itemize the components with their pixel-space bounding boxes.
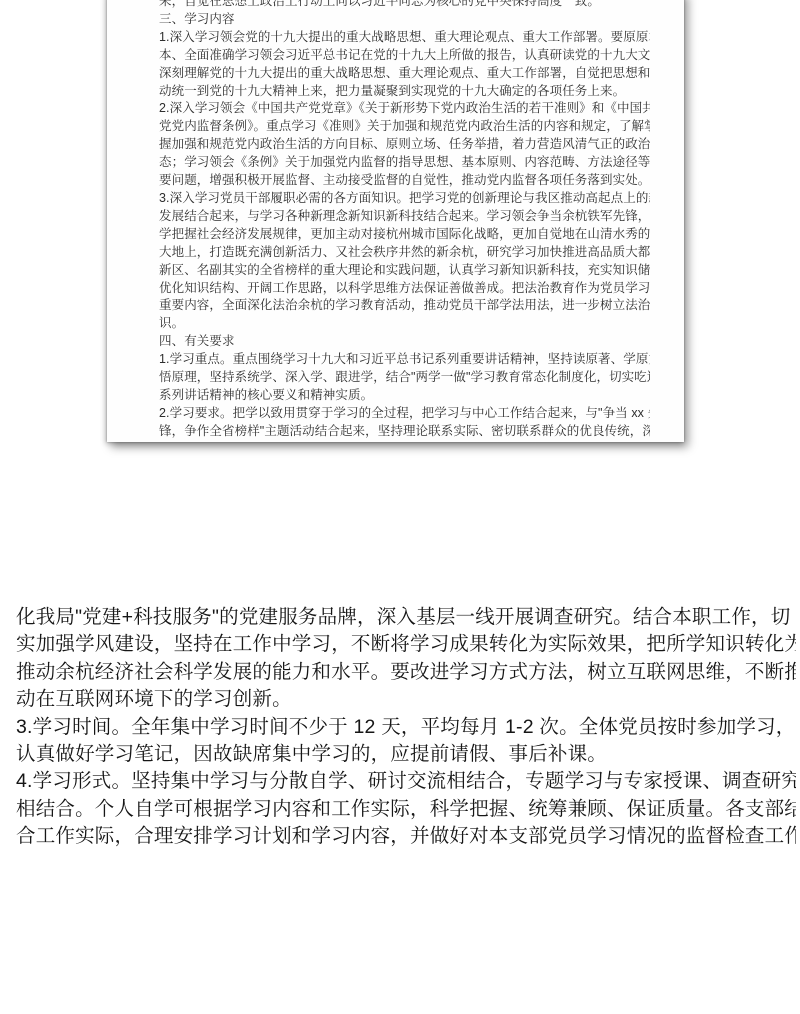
article-body-line: 实加强学风建设，坚持在工作中学习，不断将学习成果转化为实际效果，把所学知识转化为 [16, 631, 796, 658]
document-preview-line: 识。 [159, 315, 650, 333]
document-preview-line: 新区、名副其实的全省榜样的重大理论和实践问题，认真学习新知识新科技，充实知识储备… [159, 262, 650, 280]
document-preview-line: 系列讲话精神的核心要义和精神实质。 [159, 387, 650, 405]
article-body-line: 化我局"党建+科技服务"的党建服务品牌，深入基层一线开展调查研究。结合本职工作，… [16, 604, 796, 631]
article-body: 化我局"党建+科技服务"的党建服务品牌，深入基层一线开展调查研究。结合本职工作，… [16, 604, 796, 851]
document-preview-line: 1.学习重点。重点围绕学习十九大和习近平总书记系列重要讲话精神，坚持读原著、学原… [159, 351, 650, 369]
document-preview-line: 动统一到党的十九大精神上来，把力量凝聚到实现党的十九大确定的各项任务上来。 [159, 83, 650, 101]
document-preview-line: 三、学习内容 [159, 11, 650, 29]
article-body-line: 认真做好学习笔记，因故缺席集中学习的，应提前请假、事后补课。 [16, 741, 796, 768]
document-preview-line: 态；学习领会《条例》关于加强党内监督的指导思想、基本原则、内容范畴、方法途径等重 [159, 154, 650, 172]
document-preview-line: 学把握社会经济发展规律，更加主动对接杭州城市国际化战略，更加自觉地在山清水秀的 … [159, 226, 650, 244]
document-preview-line: 3.深入学习党员干部履职必需的各方面知识。把学习党的创新理论与我区推动高起点上的… [159, 190, 650, 208]
document-preview-line: 重要内容，全面深化法治余杭的学习教育活动，推动党员干部学法用法，进一步树立法治意 [159, 297, 650, 315]
article-body-line: 3.学习时间。全年集中学习时间不少于 12 天，平均每月 1-2 次。全体党员按… [16, 714, 796, 741]
document-preview-line: 悟原理，坚持系统学、深入学、跟进学，结合"两学一做"学习教育常态化制度化，切实吃… [159, 369, 650, 387]
document-preview-line: 握加强和规范党内政治生活的方向目标、原则立场、任务举措，着力营造风清气正的政治生 [159, 136, 650, 154]
document-preview-line: 发展结合起来，与学习各种新理念新知识新科技结合起来。学习领会争当余杭铁军先锋，科 [159, 208, 650, 226]
document-preview-line: 2.深入学习领会《中国共产党党章》《关于新形势下党内政治生活的若干准则》和《中国… [159, 100, 650, 118]
document-preview-line: 党党内监督条例》。重点学习《准则》关于加强和规范党内政治生活的内容和规定，了解掌 [159, 118, 650, 136]
document-preview-text: 来，自觉在思想上政治上行动上同以习近平同志为核心的党中央保持高度一致。三、学习内… [159, 0, 650, 441]
document-preview-line: 四、有关要求 [159, 333, 650, 351]
article-body-line: 动在互联网环境下的学习创新。 [16, 686, 796, 713]
document-preview-line: 要问题，增强积极开展监督、主动接受监督的自觉性，推动党内监督各项任务落到实处。 [159, 172, 650, 190]
document-preview-line: 2.学习要求。把学以致用贯穿于学习的全过程，把学习与中心工作结合起来，与"争当 … [159, 405, 650, 423]
document-preview-line: 深刻理解党的十九大提出的重大战略思想、重大理论观点、重大工作部署，自觉把思想和行 [159, 65, 650, 83]
document-preview-line: 大地上，打造既充满创新活力、又社会秩序井然的新余杭，研究学习加快推进高品质大都市 [159, 244, 650, 262]
article-body-line: 相结合。个人自学可根据学习内容和工作实际，科学把握、统筹兼顾、保证质量。各支部结 [16, 796, 796, 823]
article-page: 来，自觉在思想上政治上行动上同以习近平同志为核心的党中央保持高度一致。三、学习内… [0, 0, 800, 1014]
document-preview-line: 本、全面准确学习领会习近平总书记在党的十九大上所做的报告，认真研读党的十九大文件… [159, 47, 650, 65]
document-preview-line: 锋，争作全省榜样"主题活动结合起来，坚持理论联系实际、密切联系群众的优良传统，深 [159, 423, 650, 441]
document-preview-line: 来，自觉在思想上政治上行动上同以习近平同志为核心的党中央保持高度一致。 [159, 0, 650, 11]
article-body-line: 推动余杭经济社会科学发展的能力和水平。要改进学习方式方法，树立互联网思维，不断推 [16, 659, 796, 686]
document-preview-image: 来，自觉在思想上政治上行动上同以习近平同志为核心的党中央保持高度一致。三、学习内… [107, 0, 684, 442]
article-body-line: 4.学习形式。坚持集中学习与分散自学、研讨交流相结合，专题学习与专家授课、调查研… [16, 768, 796, 795]
article-body-line: 合工作实际，合理安排学习计划和学习内容，并做好对本支部党员学习情况的监督检查工作… [16, 823, 796, 850]
document-preview-line: 1.深入学习领会党的十九大提出的重大战略思想、重大理论观点、重大工作部署。要原原… [159, 29, 650, 47]
article-body-text: 化我局"党建+科技服务"的党建服务品牌，深入基层一线开展调查研究。结合本职工作，… [16, 604, 796, 851]
document-preview-line: 优化知识结构、开阔工作思路，以科学思维方法保证善做善成。把法治教育作为党员学习的 [159, 280, 650, 298]
